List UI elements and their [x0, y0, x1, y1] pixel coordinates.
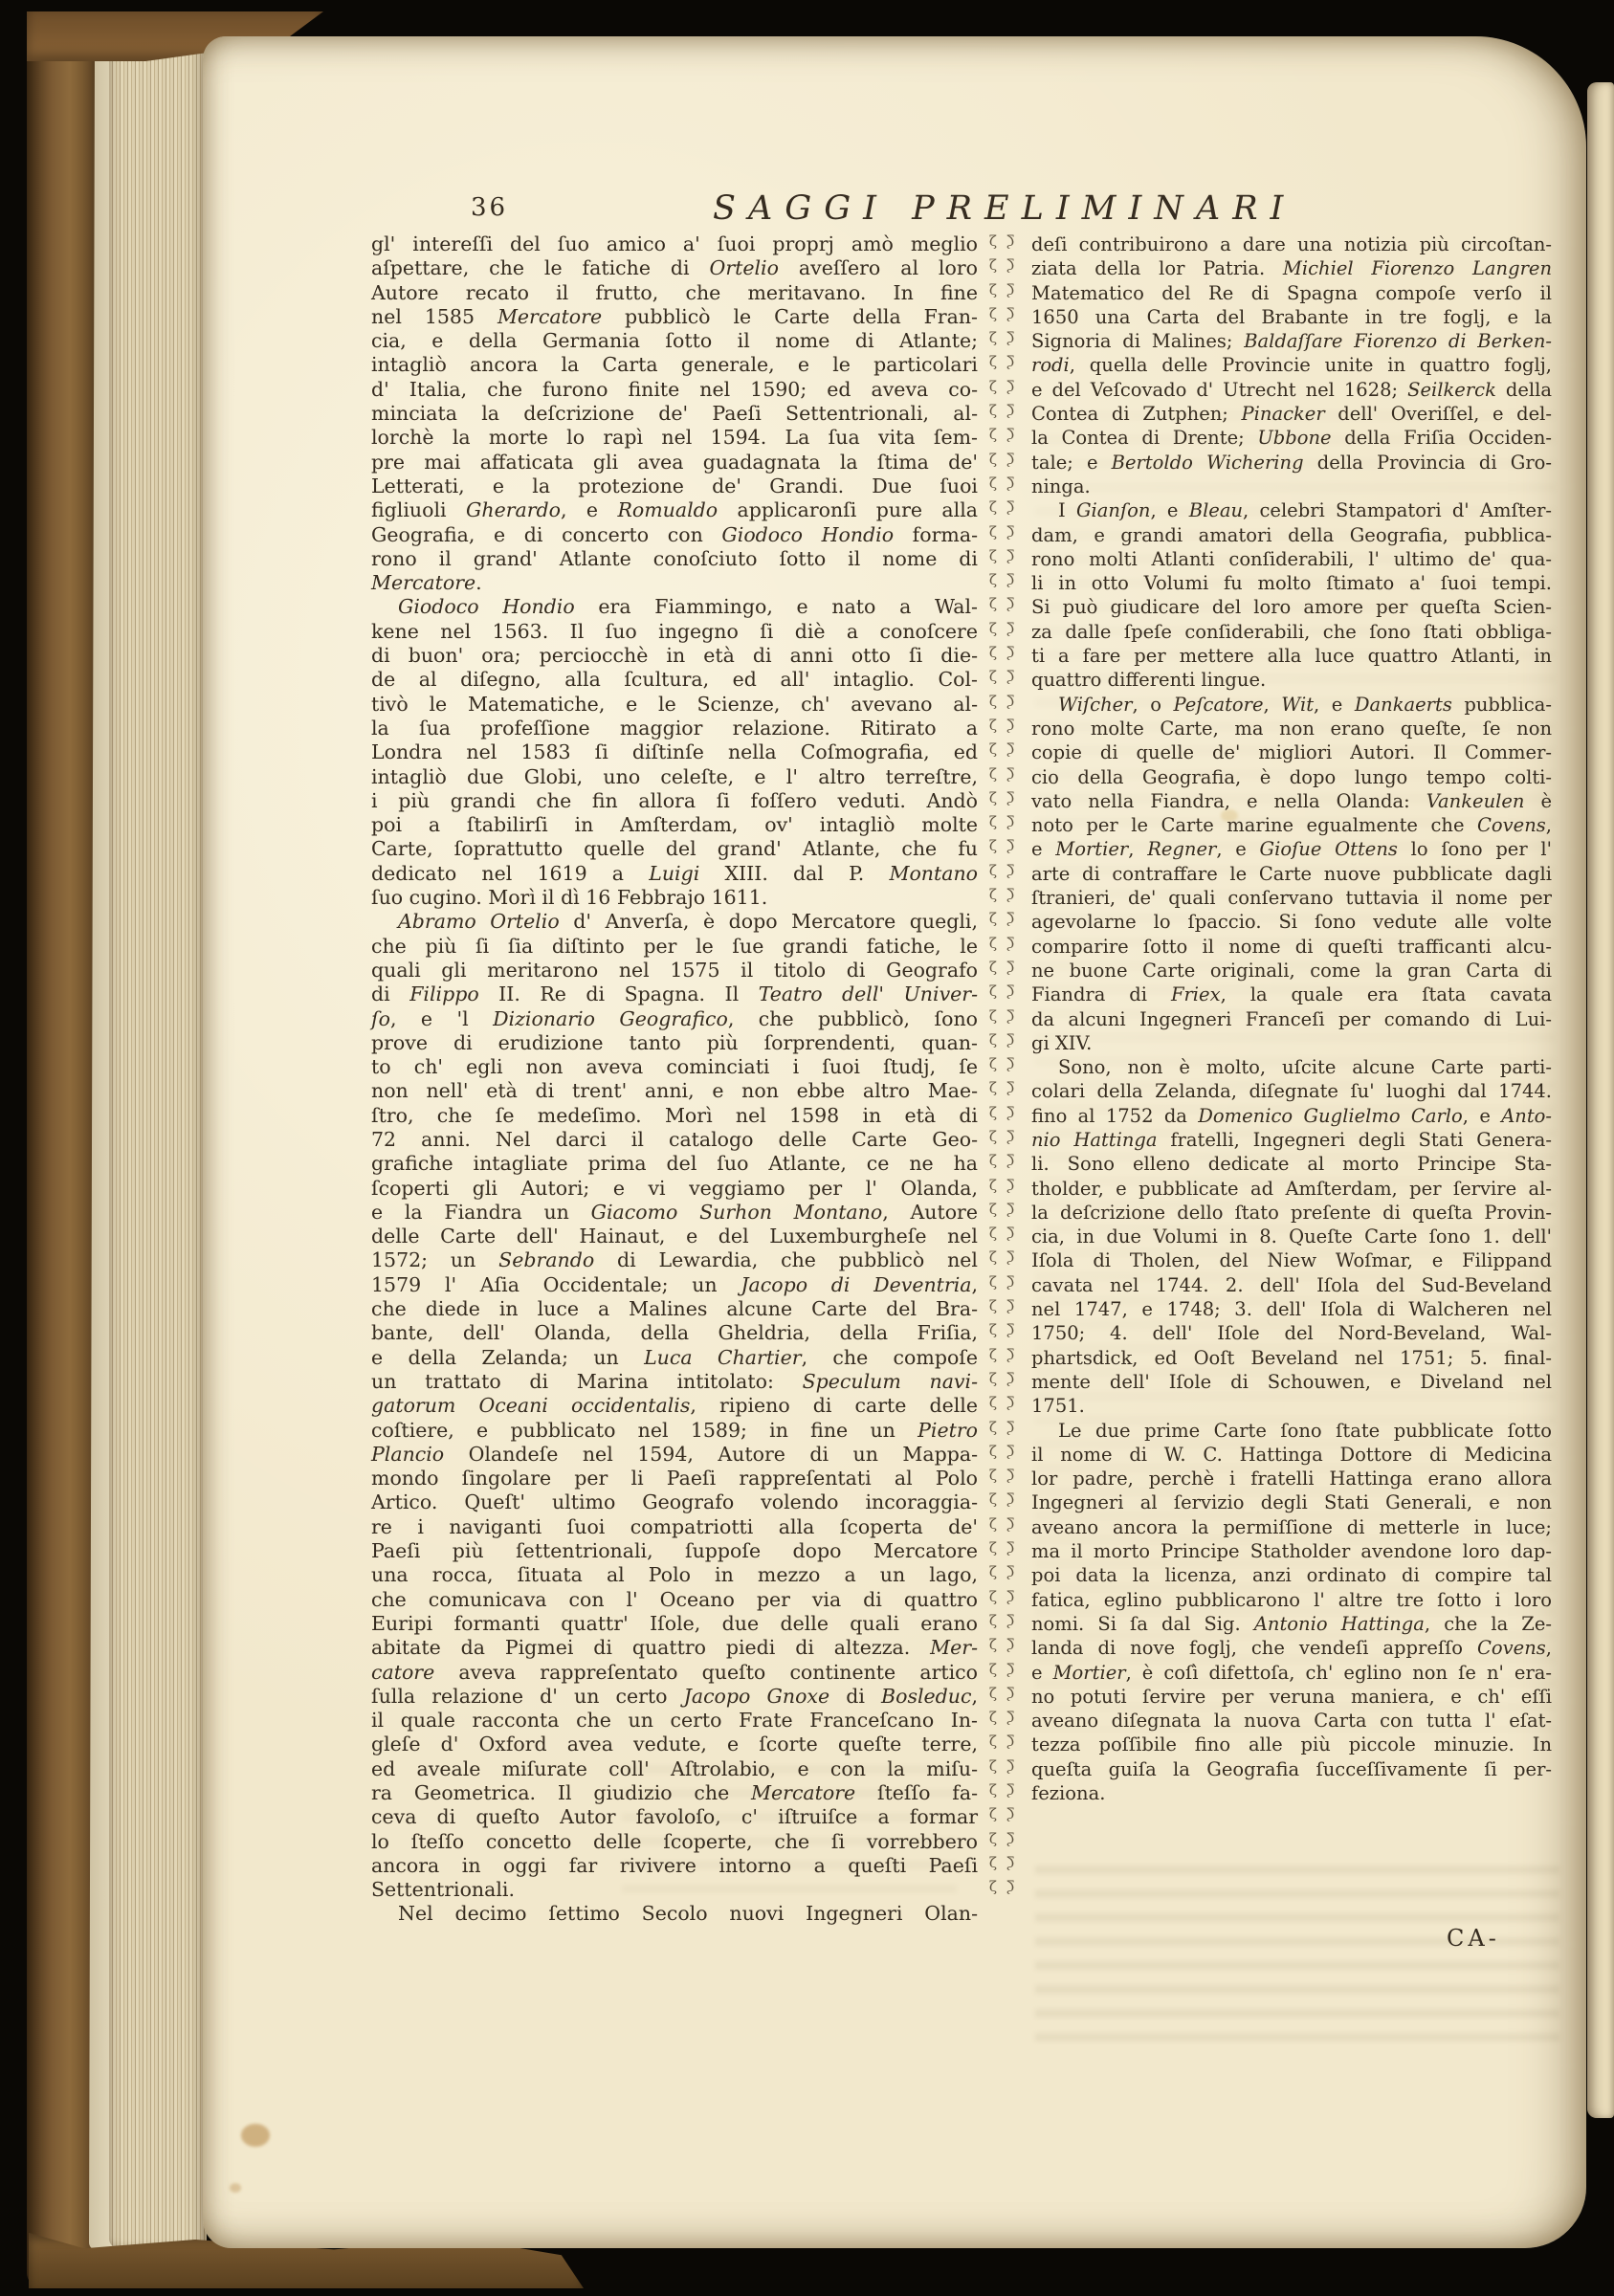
text-line: Iſola di Tholen, del Niew Woſmar, e Fili… [1031, 1248, 1552, 1272]
text-line: e Mortier, è coſì difettoſa, ch' eglino … [1031, 1661, 1552, 1685]
text-line: 1572; un Sebrando di Lewardia, che pubbl… [371, 1248, 978, 1272]
roman-text: da alcuni Ingegneri Franceſi per comando… [1031, 1008, 1552, 1030]
roman-text: cia, e della Germania ſotto il nome di A… [371, 329, 978, 352]
roman-text: della Provincia di Gro- [1304, 452, 1552, 474]
text-line: agevolarne lo ſpaccio. Si ſono vedute al… [1031, 910, 1552, 934]
text-line: tivò le Matematiche, e le Scienze, ch' a… [371, 693, 978, 717]
roman-text: ſulla relazione d' un certo [371, 1685, 684, 1708]
roman-text: ceva di queſto Autor favoloſo, c' iſtrui… [371, 1805, 978, 1828]
roman-text: rono molte Carte, ma non erano queſte, ſ… [1031, 717, 1552, 740]
text-line: 1751. [1031, 1394, 1552, 1418]
italic-proper-name: Romualdo [617, 498, 718, 521]
page-edge-stack [109, 42, 207, 2248]
roman-text: 1650 una Carta del Brabante in tre foglj… [1031, 306, 1552, 328]
text-line: catore aveva rappreſentato queſto contin… [371, 1661, 978, 1685]
text-line: Euripi formanti quattr' Iſole, due delle… [371, 1612, 978, 1636]
text-line: Londra nel 1583 ſi diſtinſe nella Coſmog… [371, 740, 978, 764]
italic-proper-name: Gioſue Ottens [1260, 838, 1398, 860]
italic-proper-name: Mortier [1055, 838, 1128, 860]
roman-text: kene nel 1563. Il ſuo ingegno ſi diè a c… [371, 620, 978, 643]
roman-text: cia, in due Volumi in 8. Queſte Carte ſo… [1031, 1225, 1552, 1247]
roman-text: , e [1463, 1105, 1501, 1127]
roman-text: cio della Geografia, è dopo lungo tempo … [1031, 766, 1552, 788]
roman-text: tezza poſſibile fino alle più piccole mi… [1031, 1733, 1552, 1755]
roman-text: Le due prime Carte ſono ſtate pubblicate… [1058, 1420, 1552, 1442]
roman-text: poi a ſtabilirſi in Amſterdam, ov' intag… [371, 813, 978, 836]
roman-text: dell' Overiſſel, e del- [1325, 403, 1552, 425]
text-line: mondo ſingolare per li Paeſi rappreſenta… [371, 1467, 978, 1490]
roman-text: , è coſì difettoſa, ch' eglino non ſe n'… [1126, 1662, 1552, 1684]
text-line: comparire ſotto il nome di queſti traffi… [1031, 935, 1552, 959]
text-line: delle Carte dell' Hainaut, e del Luxembu… [371, 1225, 978, 1248]
text-line: nomi. Si ſa dal Sig. Antonio Hattinga, c… [1031, 1612, 1552, 1636]
text-line: e la Fiandra un Giacomo Surhon Montano, … [371, 1201, 978, 1225]
italic-proper-name: Dankaerts [1355, 694, 1452, 716]
roman-text: li. Sono elleno dedicate al morto Princi… [1031, 1153, 1552, 1175]
italic-proper-name: Montano [889, 862, 978, 885]
roman-text: ſtro, che ſe medeſimo. Morì nel 1598 in … [371, 1104, 978, 1127]
text-line: il nome di W. C. Hattinga Dottore di Med… [1031, 1443, 1552, 1467]
text-line: tale; e Bertoldo Wichering della Provinc… [1031, 451, 1552, 475]
italic-proper-name: Baldaſſare Fiorenzo di Berken- [1244, 330, 1552, 352]
roman-text: , che pubblicò, ſono [728, 1007, 978, 1030]
italic-proper-name: Domenico Guglielmo Carlo [1198, 1105, 1463, 1127]
text-line: poi data la licenza, anzi ordinato di co… [1031, 1563, 1552, 1587]
text-line: Giodoco Hondio era Fiammingo, e nato a W… [371, 595, 978, 619]
text-line: Si può giudicare del loro amore per queſ… [1031, 595, 1552, 619]
text-line: Plancio Olandeſe nel 1594, Autore di un … [371, 1443, 978, 1467]
roman-text: ed aveale miſurate coll' Aſtrolabio, e c… [371, 1757, 978, 1780]
italic-proper-name: Seilkerck [1407, 379, 1496, 401]
text-line: gi XIV. [1031, 1031, 1552, 1055]
italic-proper-name: Ortelio [710, 256, 779, 279]
roman-text: Olandeſe nel 1594, Autore di un Mappa- [444, 1443, 978, 1466]
italic-proper-name: Dizionario Geografico [493, 1007, 728, 1030]
italic-proper-name: nio Hattinga [1031, 1129, 1158, 1151]
book-spine-leather [27, 13, 98, 2286]
text-line: ſcoperti gli Autori; e vi veggiamo per l… [371, 1177, 978, 1201]
text-line: Matematico del Re di Spagna compoſe verſ… [1031, 281, 1552, 305]
roman-text: bante, dell' Olanda, della Gheldria, del… [371, 1321, 978, 1344]
text-line: arte di contraffare le Carte nuove pubbl… [1031, 862, 1552, 886]
roman-text: poi data la licenza, anzi ordinato di co… [1031, 1564, 1552, 1586]
italic-proper-name: Giodoco Hondio [721, 523, 894, 546]
roman-text: mondo ſingolare per li Paeſi rappreſenta… [371, 1467, 978, 1490]
italic-proper-name: Giodoco Hondio [398, 595, 575, 618]
roman-text: figliuoli [371, 498, 466, 521]
roman-text: ancora in oggi far rivivere intorno a qu… [371, 1854, 978, 1877]
roman-text: che diede in luce a Malines alcune Carte… [371, 1297, 978, 1320]
roman-text: abitate da Pigmei di quattro piedi di al… [371, 1636, 930, 1659]
roman-text: prove di erudizione tanto più ſorprenden… [371, 1031, 978, 1054]
italic-proper-name: Speculum navi- [803, 1370, 978, 1393]
italic-proper-name: Gherardo [466, 498, 561, 521]
text-line: un trattato di Marina intitolato: Specul… [371, 1370, 978, 1394]
text-line: nio Hattinga fratelli, Ingegneri degli S… [1031, 1128, 1552, 1152]
italic-proper-name: Plancio [371, 1443, 444, 1466]
roman-text: , quella delle Provincie unite in quattr… [1070, 354, 1552, 376]
roman-text: Ingegneri al ſervizio degli Stati Genera… [1031, 1491, 1552, 1513]
text-line: gl' intereſſi del ſuo amico a' ſuoi prop… [371, 232, 978, 256]
roman-text: Settentrionali. [371, 1878, 515, 1901]
text-line: li. Sono elleno dedicate al morto Princi… [1031, 1152, 1552, 1176]
roman-text: rono il grand' Atlante conoſciuto ſotto … [371, 547, 978, 570]
text-line: ſtranieri, de' quali conſervano tuttavia… [1031, 886, 1552, 910]
paper-stain [230, 2183, 241, 2193]
italic-proper-name: Covens [1477, 1637, 1546, 1659]
roman-text: , [1546, 1637, 1552, 1659]
text-line: ſuo cugino. Morì il dì 16 Febbrajo 1611. [371, 886, 978, 910]
italic-proper-name: Luigi [649, 862, 699, 885]
column-divider-ornament: ζ ζ ζ ζ ζ ζ ζ ζ ζ ζ ζ ζ ζ ζ ζ ζ ζ ζ ζ ζ … [985, 230, 1001, 1919]
text-column-left: gl' intereſſi del ſuo amico a' ſuoi prop… [371, 232, 978, 1927]
roman-text: arte di contraffare le Carte nuove pubbl… [1031, 863, 1552, 885]
roman-text: , la quale era ſtata cavata [1221, 983, 1552, 1005]
roman-text: che più ſi ſia diſtinto per le ſue grand… [371, 935, 978, 958]
italic-proper-name: Pietro [918, 1419, 978, 1442]
roman-text: aveano ancora la permiſſione di metterle… [1031, 1516, 1552, 1538]
text-line: rono molti Atlanti conſiderabili, l' ult… [1031, 547, 1552, 571]
italic-proper-name: Mer- [930, 1636, 978, 1659]
text-line: mente dell' Iſole di Schouwen, e Divelan… [1031, 1370, 1552, 1394]
text-line: Sono, non è molto, uſcite alcune Carte p… [1031, 1055, 1552, 1079]
roman-text: I [1058, 499, 1076, 521]
text-line: ziata della lor Patria. Michiel Fiorenzo… [1031, 256, 1552, 280]
roman-text: grafiche intagliate prima del ſuo Atlant… [371, 1152, 978, 1175]
roman-text: di [371, 982, 409, 1005]
text-line: lo ſteſſo concetto delle ſcoperte, che ſ… [371, 1830, 978, 1854]
roman-text: mente dell' Iſole di Schouwen, e Divelan… [1031, 1371, 1552, 1393]
roman-text: pubblicò le Carte della Fran- [602, 305, 978, 328]
roman-text: tivò le Matematiche, e le Scienze, ch' a… [371, 693, 978, 716]
roman-text: , o [1133, 694, 1174, 716]
roman-text: di [829, 1685, 881, 1708]
italic-proper-name: Gianſon [1076, 499, 1151, 521]
roman-text: vato nella Fiandra, e nella Olanda: [1031, 790, 1426, 812]
roman-text: 72 anni. Nel darci il catalogo delle Car… [371, 1128, 978, 1151]
roman-text: di Lewardia, che pubblicò nel [594, 1248, 978, 1271]
running-header: SAGGI PRELIMINARI [713, 189, 1277, 228]
roman-text: delle Carte dell' Hainaut, e del Luxembu… [371, 1225, 978, 1247]
roman-text: nel 1747, e 1748; 3. dell' Iſola di Walc… [1031, 1298, 1552, 1320]
roman-text: della [1496, 379, 1552, 401]
roman-text: fino al 1752 da [1031, 1105, 1198, 1127]
text-line: pre mai affaticata gli avea guadagnata l… [371, 451, 978, 475]
text-line: Fiandra di Friex, la quale era ſtata cav… [1031, 982, 1552, 1006]
text-line: ra Geometrica. Il giudizio che Mercatore… [371, 1781, 978, 1805]
text-line: non nell' età di trent' anni, e non ebbe… [371, 1079, 978, 1103]
roman-text: e del Veſcovado d' Utrecht nel 1628; [1031, 379, 1407, 401]
roman-text: de al diſegno, alla ſcultura, ed all' in… [371, 668, 978, 691]
roman-text: ra Geometrica. Il giudizio che [371, 1781, 751, 1804]
text-line: Wiſcher, o Peſcatore, Wit, e Dankaerts p… [1031, 693, 1552, 717]
text-line: abitate da Pigmei di quattro piedi di al… [371, 1636, 978, 1660]
column-divider-ornament: ζ ζ ζ ζ ζ ζ ζ ζ ζ ζ ζ ζ ζ ζ ζ ζ ζ ζ ζ ζ … [1003, 230, 1018, 1919]
italic-proper-name: Michiel Fiorenzo Langren [1283, 257, 1552, 279]
roman-text: Matematico del Re di Spagna compoſe verſ… [1031, 282, 1552, 304]
roman-text: ziata della lor Patria. [1031, 257, 1283, 279]
italic-proper-name: Jacopo Gnoxe [684, 1685, 829, 1708]
italic-proper-name: catore [371, 1661, 434, 1684]
text-line: ed aveale miſurate coll' Aſtrolabio, e c… [371, 1757, 978, 1781]
roman-text: ſcoperti gli Autori; e vi veggiamo per l… [371, 1177, 978, 1200]
italic-proper-name: Filippo [409, 982, 478, 1005]
roman-text: za dalle ſpeſe conſiderabili, che ſono ſ… [1031, 621, 1552, 643]
text-line: cia, in due Volumi in 8. Queſte Carte ſo… [1031, 1225, 1552, 1248]
roman-text: Sono, non è molto, uſcite alcune Carte p… [1058, 1056, 1552, 1078]
roman-text: Si può giudicare del loro amore per queſ… [1031, 596, 1552, 618]
roman-text: nomi. Si ſa dal Sig. [1031, 1613, 1254, 1635]
text-line: za dalle ſpeſe conſiderabili, che ſono ſ… [1031, 620, 1552, 644]
roman-text: ti a fare per mettere alla luce quattro … [1031, 645, 1552, 667]
text-line: fatica, eglino pubblicarono l' altre tre… [1031, 1588, 1552, 1612]
text-line: ſulla relazione d' un certo Jacopo Gnoxe… [371, 1685, 978, 1709]
text-line: de al diſegno, alla ſcultura, ed all' in… [371, 668, 978, 692]
text-line: coſtiere, e pubblicato nel 1589; in fine… [371, 1419, 978, 1443]
text-line: minciata la deſcrizione de' Paeſi Setten… [371, 402, 978, 426]
roman-text: , e [1150, 499, 1188, 521]
text-line: da alcuni Ingegneri Franceſi per comando… [1031, 1007, 1552, 1031]
roman-text: , che la Ze- [1425, 1613, 1552, 1635]
roman-text: Iſola di Tholen, del Niew Woſmar, e Fili… [1031, 1249, 1552, 1271]
text-line: tezza poſſibile fino alle più piccole mi… [1031, 1733, 1552, 1756]
text-line: fino al 1752 da Domenico Guglielmo Carlo… [1031, 1104, 1552, 1128]
text-line: rono il grand' Atlante conoſciuto ſotto … [371, 547, 978, 571]
roman-text: ninga. [1031, 475, 1091, 497]
roman-text: , [971, 1685, 978, 1708]
text-line: tholder, e pubblicate ad Amſterdam, per … [1031, 1177, 1552, 1201]
roman-text: Fiandra di [1031, 983, 1171, 1005]
text-line: no potuti ſervire per veruna maniera, e … [1031, 1685, 1552, 1709]
text-line: e della Zelanda; un Luca Chartier, che c… [371, 1346, 978, 1370]
italic-proper-name: Mercatore [371, 571, 475, 594]
text-line: cio della Geografia, è dopo lungo tempo … [1031, 765, 1552, 789]
roman-text: cavata nel 1744. 2. dell' Iſola del Sud-… [1031, 1274, 1552, 1296]
text-line: aveano ancora la permiſſione di metterle… [1031, 1515, 1552, 1539]
text-line: gatorum Oceani occidentalis, ripieno di … [371, 1394, 978, 1418]
italic-proper-name: Bleau [1189, 499, 1243, 521]
roman-text: , celebri Stampatori d' Amſter- [1243, 499, 1552, 521]
text-line: la deſcrizione dello ſtato preſente di q… [1031, 1201, 1552, 1225]
roman-text: lo ſteſſo concetto delle ſcoperte, che ſ… [371, 1830, 978, 1853]
roman-text: lor padre, perchè i fratelli Hattinga er… [1031, 1468, 1552, 1490]
text-line: Ingegneri al ſervizio degli Stati Genera… [1031, 1490, 1552, 1514]
roman-text: . [475, 571, 482, 594]
italic-proper-name: Abramo Ortelio [398, 910, 560, 933]
text-line: intagliò ancora la Carta generale, e le … [371, 353, 978, 377]
italic-proper-name: Regner [1147, 838, 1216, 860]
text-line: quali gli meritarono nel 1575 il titolo … [371, 959, 978, 982]
roman-text: no potuti ſervire per veruna maniera, e … [1031, 1686, 1552, 1708]
roman-text: non nell' età di trent' anni, e non ebbe… [371, 1079, 978, 1102]
text-line: d' Italia, che furono finite nel 1590; e… [371, 378, 978, 402]
roman-text: , [1128, 838, 1147, 860]
roman-text: aſpettare, che le fatiche di [371, 256, 710, 279]
roman-text: feziona. [1031, 1782, 1105, 1804]
text-line: lorchè la morte lo rapì nel 1594. La ſua… [371, 426, 978, 450]
italic-proper-name: ſo [371, 1007, 390, 1030]
text-line: la Contea di Drente; Ubbone della Friſia… [1031, 426, 1552, 450]
roman-text: nel 1585 [371, 305, 497, 328]
roman-text: pubblica- [1452, 694, 1552, 716]
text-line: bante, dell' Olanda, della Gheldria, del… [371, 1321, 978, 1345]
text-line: ne buone Carte originali, come la gran C… [1031, 959, 1552, 982]
roman-text: , [1546, 814, 1552, 836]
roman-text: copie di quelle de' migliori Autori. Il … [1031, 741, 1552, 763]
roman-text: la Contea di Drente; [1031, 427, 1257, 449]
text-line: ancora in oggi far rivivere intorno a qu… [371, 1854, 978, 1878]
text-line: Letterati, e la protezione de' Grandi. D… [371, 475, 978, 498]
roman-text: Carte, ſoprattutto quelle del grand' Atl… [371, 837, 978, 860]
italic-proper-name: Anto- [1501, 1105, 1552, 1127]
catchword: CA- [1447, 1925, 1500, 1952]
italic-proper-name: Luca Chartier [644, 1346, 802, 1369]
roman-text: e [1031, 1662, 1053, 1684]
roman-text: il quale racconta che un certo Frate Fra… [371, 1709, 978, 1732]
italic-proper-name: Covens [1477, 814, 1546, 836]
text-line: che comunicava con l' Oceano per via di … [371, 1588, 978, 1612]
italic-proper-name: Vankeulen [1426, 790, 1525, 812]
text-line: Nel decimo ſettimo Secolo nuovi Ingegner… [371, 1902, 978, 1926]
text-line: Carte, ſoprattutto quelle del grand' Atl… [371, 837, 978, 861]
roman-text: era Fiammingo, e nato a Wal- [575, 595, 978, 618]
roman-text: della Friſia Occiden- [1332, 427, 1552, 449]
text-line: Signoria di Malines; Baldaſſare Fiorenzo… [1031, 329, 1552, 353]
text-line: grafiche intagliate prima del ſuo Atlant… [371, 1152, 978, 1176]
italic-proper-name: Ubbone [1257, 427, 1331, 449]
roman-text: intagliò due Globi, uno celeſte, e l' al… [371, 765, 978, 788]
roman-text: ma il morto Principe Statholder avendone… [1031, 1540, 1552, 1562]
roman-text: Letterati, e la protezione de' Grandi. D… [371, 475, 978, 497]
roman-text: d' Italia, che furono finite nel 1590; e… [371, 378, 978, 401]
text-line: deſi contribuirono a dare una notizia pi… [1031, 232, 1552, 256]
roman-text: è [1524, 790, 1552, 812]
roman-text: tholder, e pubblicate ad Amſterdam, per … [1031, 1178, 1552, 1200]
text-line: Abramo Ortelio d' Anverſa, è dopo Mercat… [371, 910, 978, 934]
text-line: 1650 una Carta del Brabante in tre foglj… [1031, 305, 1552, 329]
text-line: I Gianſon, e Bleau, celebri Stampatori d… [1031, 498, 1552, 522]
roman-text: , ripieno di carte delle [690, 1394, 978, 1417]
text-line: aveano diſegnata la nuova Carta con tutt… [1031, 1709, 1552, 1733]
text-line: landa di nove foglj, che vendeſi appreſſ… [1031, 1636, 1552, 1660]
roman-text: quattro differenti lingue. [1031, 669, 1266, 691]
roman-text: coſtiere, e pubblicato nel 1589; in fine… [371, 1419, 918, 1442]
roman-text: la ſua profeſſione maggior relazione. Ri… [371, 717, 978, 740]
roman-text: XIII. dal P. [699, 862, 889, 885]
roman-text: e [1031, 838, 1055, 860]
text-line: cavata nel 1744. 2. dell' Iſola del Sud-… [1031, 1273, 1552, 1297]
italic-proper-name: Teatro dell' Univer- [759, 982, 978, 1005]
roman-text: agevolarne lo ſpaccio. Si ſono vedute al… [1031, 911, 1552, 933]
roman-text: , [971, 1273, 978, 1296]
text-line: Paeſi più ſettentrionali, ſuppoſe dopo M… [371, 1539, 978, 1563]
roman-text: dedicato nel 1619 a [371, 862, 649, 885]
text-line: rono molte Carte, ma non erano queſte, ſ… [1031, 717, 1552, 740]
text-line: nel 1747, e 1748; 3. dell' Iſola di Walc… [1031, 1297, 1552, 1321]
text-line: Artico. Queſt' ultimo Geografo volendo i… [371, 1490, 978, 1514]
roman-text: una rocca, ſituata al Polo in mezzo a un… [371, 1563, 978, 1586]
text-line: la ſua profeſſione maggior relazione. Ri… [371, 717, 978, 740]
roman-text: li in otto Volumi fu molto ſtimato a' ſu… [1031, 572, 1552, 594]
italic-proper-name: Bertoldo Wichering [1112, 452, 1304, 474]
text-line: quattro differenti lingue. [1031, 668, 1552, 692]
text-column-right: deſi contribuirono a dare una notizia pi… [1031, 232, 1552, 1805]
roman-text: comparire ſotto il nome di queſti traffi… [1031, 936, 1552, 958]
text-line: colari della Zelanda, diſegnate ſu' luog… [1031, 1079, 1552, 1103]
roman-text: 1751. [1031, 1395, 1085, 1417]
roman-text: ſteſſo fa- [855, 1781, 978, 1804]
roman-text: , e [561, 498, 617, 521]
text-line: poi a ſtabilirſi in Amſterdam, ov' intag… [371, 813, 978, 837]
text-line: 72 anni. Nel darci il catalogo delle Car… [371, 1128, 978, 1152]
text-line: i più grandi che fin allora ſi foſſero v… [371, 789, 978, 813]
roman-text: i più grandi che fin allora ſi foſſero v… [371, 789, 978, 812]
roman-text: Autore recato il frutto, che meritavano.… [371, 281, 978, 304]
roman-text: Contea di Zutphen; [1031, 403, 1242, 425]
text-line: kene nel 1563. Il ſuo ingegno ſi diè a c… [371, 620, 978, 644]
roman-text: re i naviganti ſuoi compatriotti alla ſc… [371, 1515, 978, 1538]
text-line: ſo, e 'l Dizionario Geografico, che pubb… [371, 1007, 978, 1031]
text-line: ma il morto Principe Statholder avendone… [1031, 1539, 1552, 1563]
roman-text: fratelli, Ingegneri degli Stati Genera- [1158, 1129, 1552, 1151]
roman-text: Paeſi più ſettentrionali, ſuppoſe dopo M… [371, 1539, 978, 1562]
italic-proper-name: Giacomo Surhon Montano [591, 1201, 883, 1224]
text-line: 1750; 4. dell' Iſole del Nord-Beveland, … [1031, 1321, 1552, 1345]
text-line: gleſe d' Oxford avea vedute, e ſcorte qu… [371, 1733, 978, 1756]
roman-text: 1579 l' Aſia Occidentale; un [371, 1273, 741, 1296]
roman-text: , e [1314, 694, 1355, 716]
roman-text: phartsdick, ed Ooſt Beveland nel 1751; 5… [1031, 1347, 1552, 1369]
roman-text: , che compoſe [802, 1346, 978, 1369]
italic-proper-name: Wiſcher [1058, 694, 1133, 716]
text-line: cia, e della Germania ſotto il nome di A… [371, 329, 978, 353]
roman-text: , [1264, 694, 1282, 716]
text-line: ſtro, che ſe medeſimo. Morì nel 1598 in … [371, 1104, 978, 1128]
roman-text: lo ſono per l' [1398, 838, 1552, 860]
roman-text: applicaronſi pure alla [718, 498, 978, 521]
next-page-edge [1587, 82, 1614, 2118]
roman-text: 1572; un [371, 1248, 498, 1271]
text-line: ceva di queſto Autor favoloſo, c' iſtrui… [371, 1805, 978, 1829]
text-line: Mercatore. [371, 571, 978, 595]
italic-proper-name: Mercatore [751, 1781, 855, 1804]
roman-text: un trattato di Marina intitolato: [371, 1370, 803, 1393]
roman-text: Geografia, e di concerto con [371, 523, 721, 546]
text-line: feziona. [1031, 1781, 1552, 1805]
roman-text: intagliò ancora la Carta generale, e le … [371, 353, 978, 376]
roman-text: e della Zelanda; un [371, 1346, 644, 1369]
text-line: re i naviganti ſuoi compatriotti alla ſc… [371, 1515, 978, 1539]
text-line: dam, e grandi amatori della Geografia, p… [1031, 523, 1552, 547]
text-line: che diede in luce a Malines alcune Carte… [371, 1297, 978, 1321]
text-line: nel 1585 Mercatore pubblicò le Carte del… [371, 305, 978, 329]
text-line: aſpettare, che le fatiche di Ortelio ave… [371, 256, 978, 280]
text-line: queſta guiſa la Geografia ſucceſſivament… [1031, 1757, 1552, 1781]
italic-proper-name: Friex [1171, 983, 1221, 1005]
roman-text: di buon' ora; perciocchè in età di anni … [371, 644, 978, 667]
italic-proper-name: Wit [1281, 694, 1314, 716]
roman-text: ſuo cugino. Morì il dì 16 Febbrajo 1611. [371, 886, 767, 909]
text-line: Settentrionali. [371, 1878, 978, 1902]
roman-text: ſtranieri, de' quali conſervano tuttavia… [1031, 887, 1552, 909]
text-line: Geografia, e di concerto con Giodoco Hon… [371, 523, 978, 547]
roman-text: rono molti Atlanti conſiderabili, l' ult… [1031, 548, 1552, 570]
roman-text: pre mai affaticata gli avea guadagnata l… [371, 451, 978, 474]
roman-text: gleſe d' Oxford avea vedute, e ſcorte qu… [371, 1733, 978, 1755]
text-line: ti a fare per mettere alla luce quattro … [1031, 644, 1552, 668]
page-number: 36 [471, 193, 538, 222]
italic-proper-name: Peſcatore [1174, 694, 1264, 716]
